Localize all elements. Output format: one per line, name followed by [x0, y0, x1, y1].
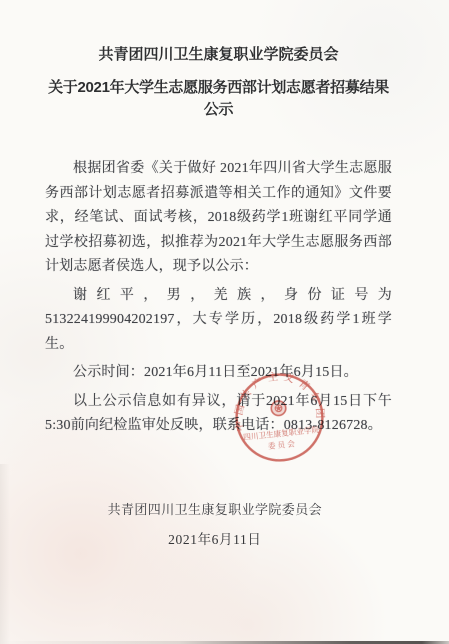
issue-date: 2021年6月11日	[108, 529, 322, 551]
document-subtitle: 关于2021年大学生志愿服务西部计划志愿者招募结果公示	[45, 77, 392, 121]
official-seal-stamp: 中国共产主义青年团 四川卫生康复职业学院 委员会	[228, 366, 330, 468]
document-page: 共青团四川卫生康复职业学院委员会 关于2021年大学生志愿服务西部计划志愿者招募…	[0, 0, 449, 644]
paragraph-candidate-info: 谢红平，男，羌族，身份证号为513224199904202197，大专学历，20…	[45, 284, 392, 358]
league-emblem-icon	[271, 400, 287, 416]
scan-edge-shade-left	[0, 464, 10, 644]
stamp-org-name: 四川卫生康复职业学院	[243, 424, 320, 442]
document-title: 共青团四川卫生康复职业学院委员会	[45, 44, 392, 66]
issuing-organization: 共青团四川卫生康复职业学院委员会	[108, 499, 322, 521]
paragraph-contact: 以上公示信息如有异议，请于2021年6月15日下午5:30前向纪检监审处反映，联…	[45, 390, 392, 439]
paragraph-publicity-period: 公示时间：2021年6月11日至2021年6月15日。	[45, 361, 392, 386]
stamp-outer-ring	[232, 370, 326, 464]
stamp-committee-text: 委员会	[267, 438, 297, 451]
stamp-arc-text: 中国共产主义青年团	[228, 366, 327, 432]
paragraph-basis: 根据团省委《关于做好 2021年四川省大学生志愿服务西部计划志愿者招募派遣等相关…	[45, 157, 392, 280]
document-body: 根据团省委《关于做好 2021年四川省大学生志愿服务西部计划志愿者招募派遣等相关…	[45, 157, 392, 439]
signature-block: 共青团四川卫生康复职业学院委员会 2021年6月11日	[108, 499, 322, 551]
scanned-document: { "doc": { "title_line1": "共青团四川卫生康复职业学院…	[0, 0, 449, 644]
